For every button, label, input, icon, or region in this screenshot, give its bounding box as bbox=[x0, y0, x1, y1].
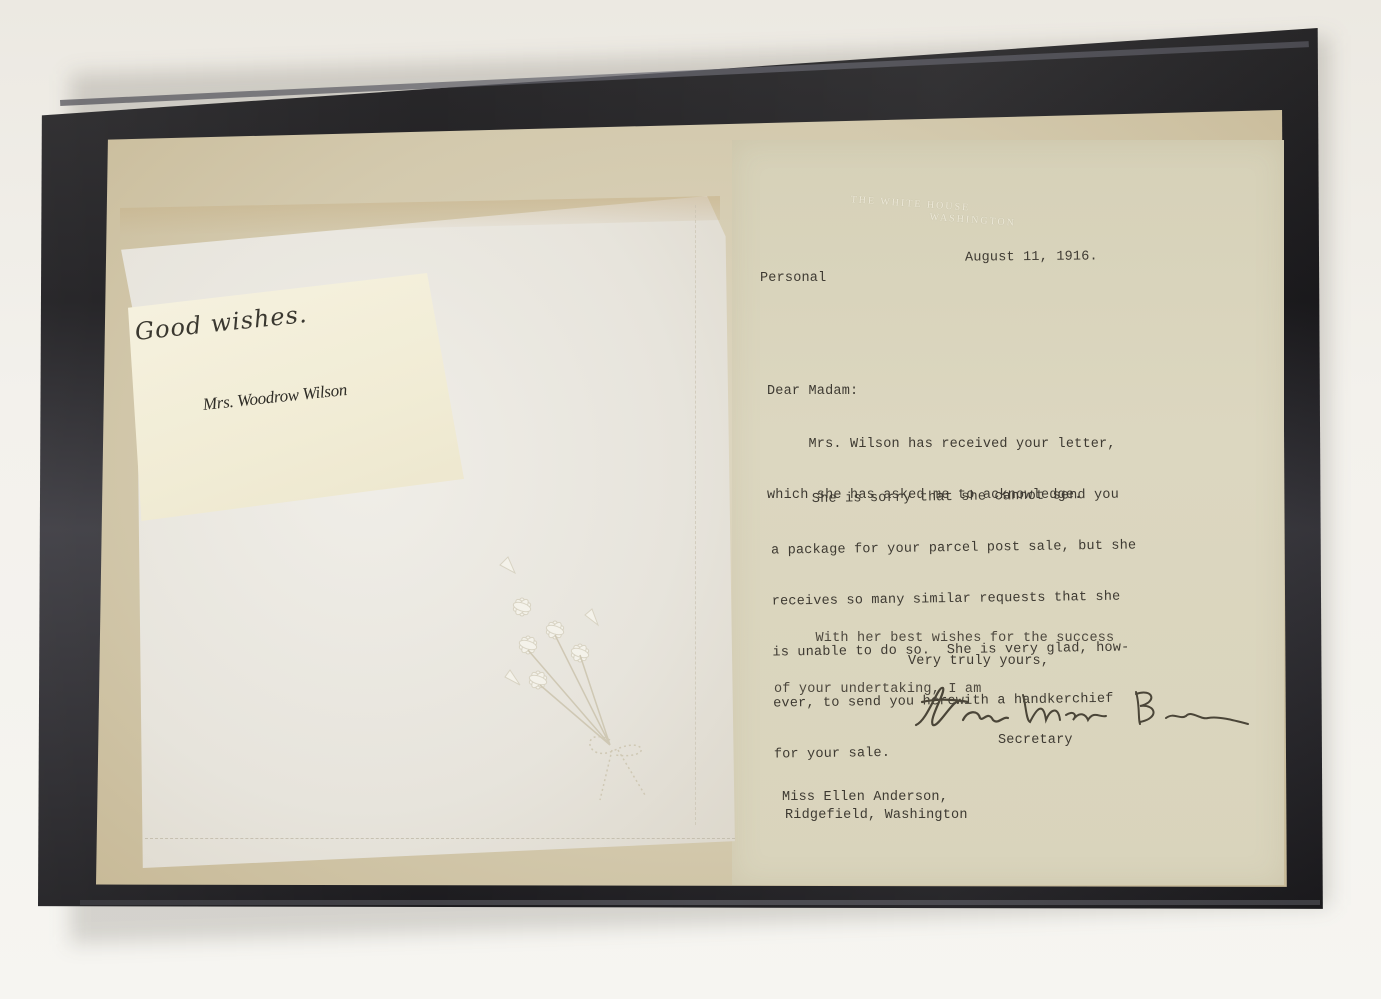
flower-bouquet-icon bbox=[480, 545, 680, 805]
signature-icon bbox=[908, 680, 1253, 740]
letter-line: She is sorry that she cannot send you bbox=[770, 486, 1135, 508]
letter-line: for your sale. bbox=[774, 741, 1139, 763]
recipient-location: Ridgefield, Washington bbox=[785, 807, 968, 824]
letter-date: August 11, 1916. bbox=[965, 248, 1098, 266]
recipient-name: Miss Ellen Anderson, bbox=[782, 789, 948, 806]
letter-marking: Personal bbox=[760, 270, 826, 287]
letter-salutation: Dear Madam: bbox=[767, 383, 858, 400]
letter-line: a package for your parcel post sale, but… bbox=[771, 537, 1136, 559]
letter-line: Mrs. Wilson has received your letter, bbox=[767, 436, 1116, 453]
letter-line: With her best wishes for the success bbox=[774, 630, 1114, 647]
signer-title: Secretary bbox=[998, 732, 1073, 749]
handkerchief-hem bbox=[695, 205, 698, 825]
frame-highlight bbox=[80, 900, 1320, 905]
letter-closing: Very truly yours, bbox=[908, 653, 1049, 670]
handkerchief-hem bbox=[145, 838, 735, 841]
